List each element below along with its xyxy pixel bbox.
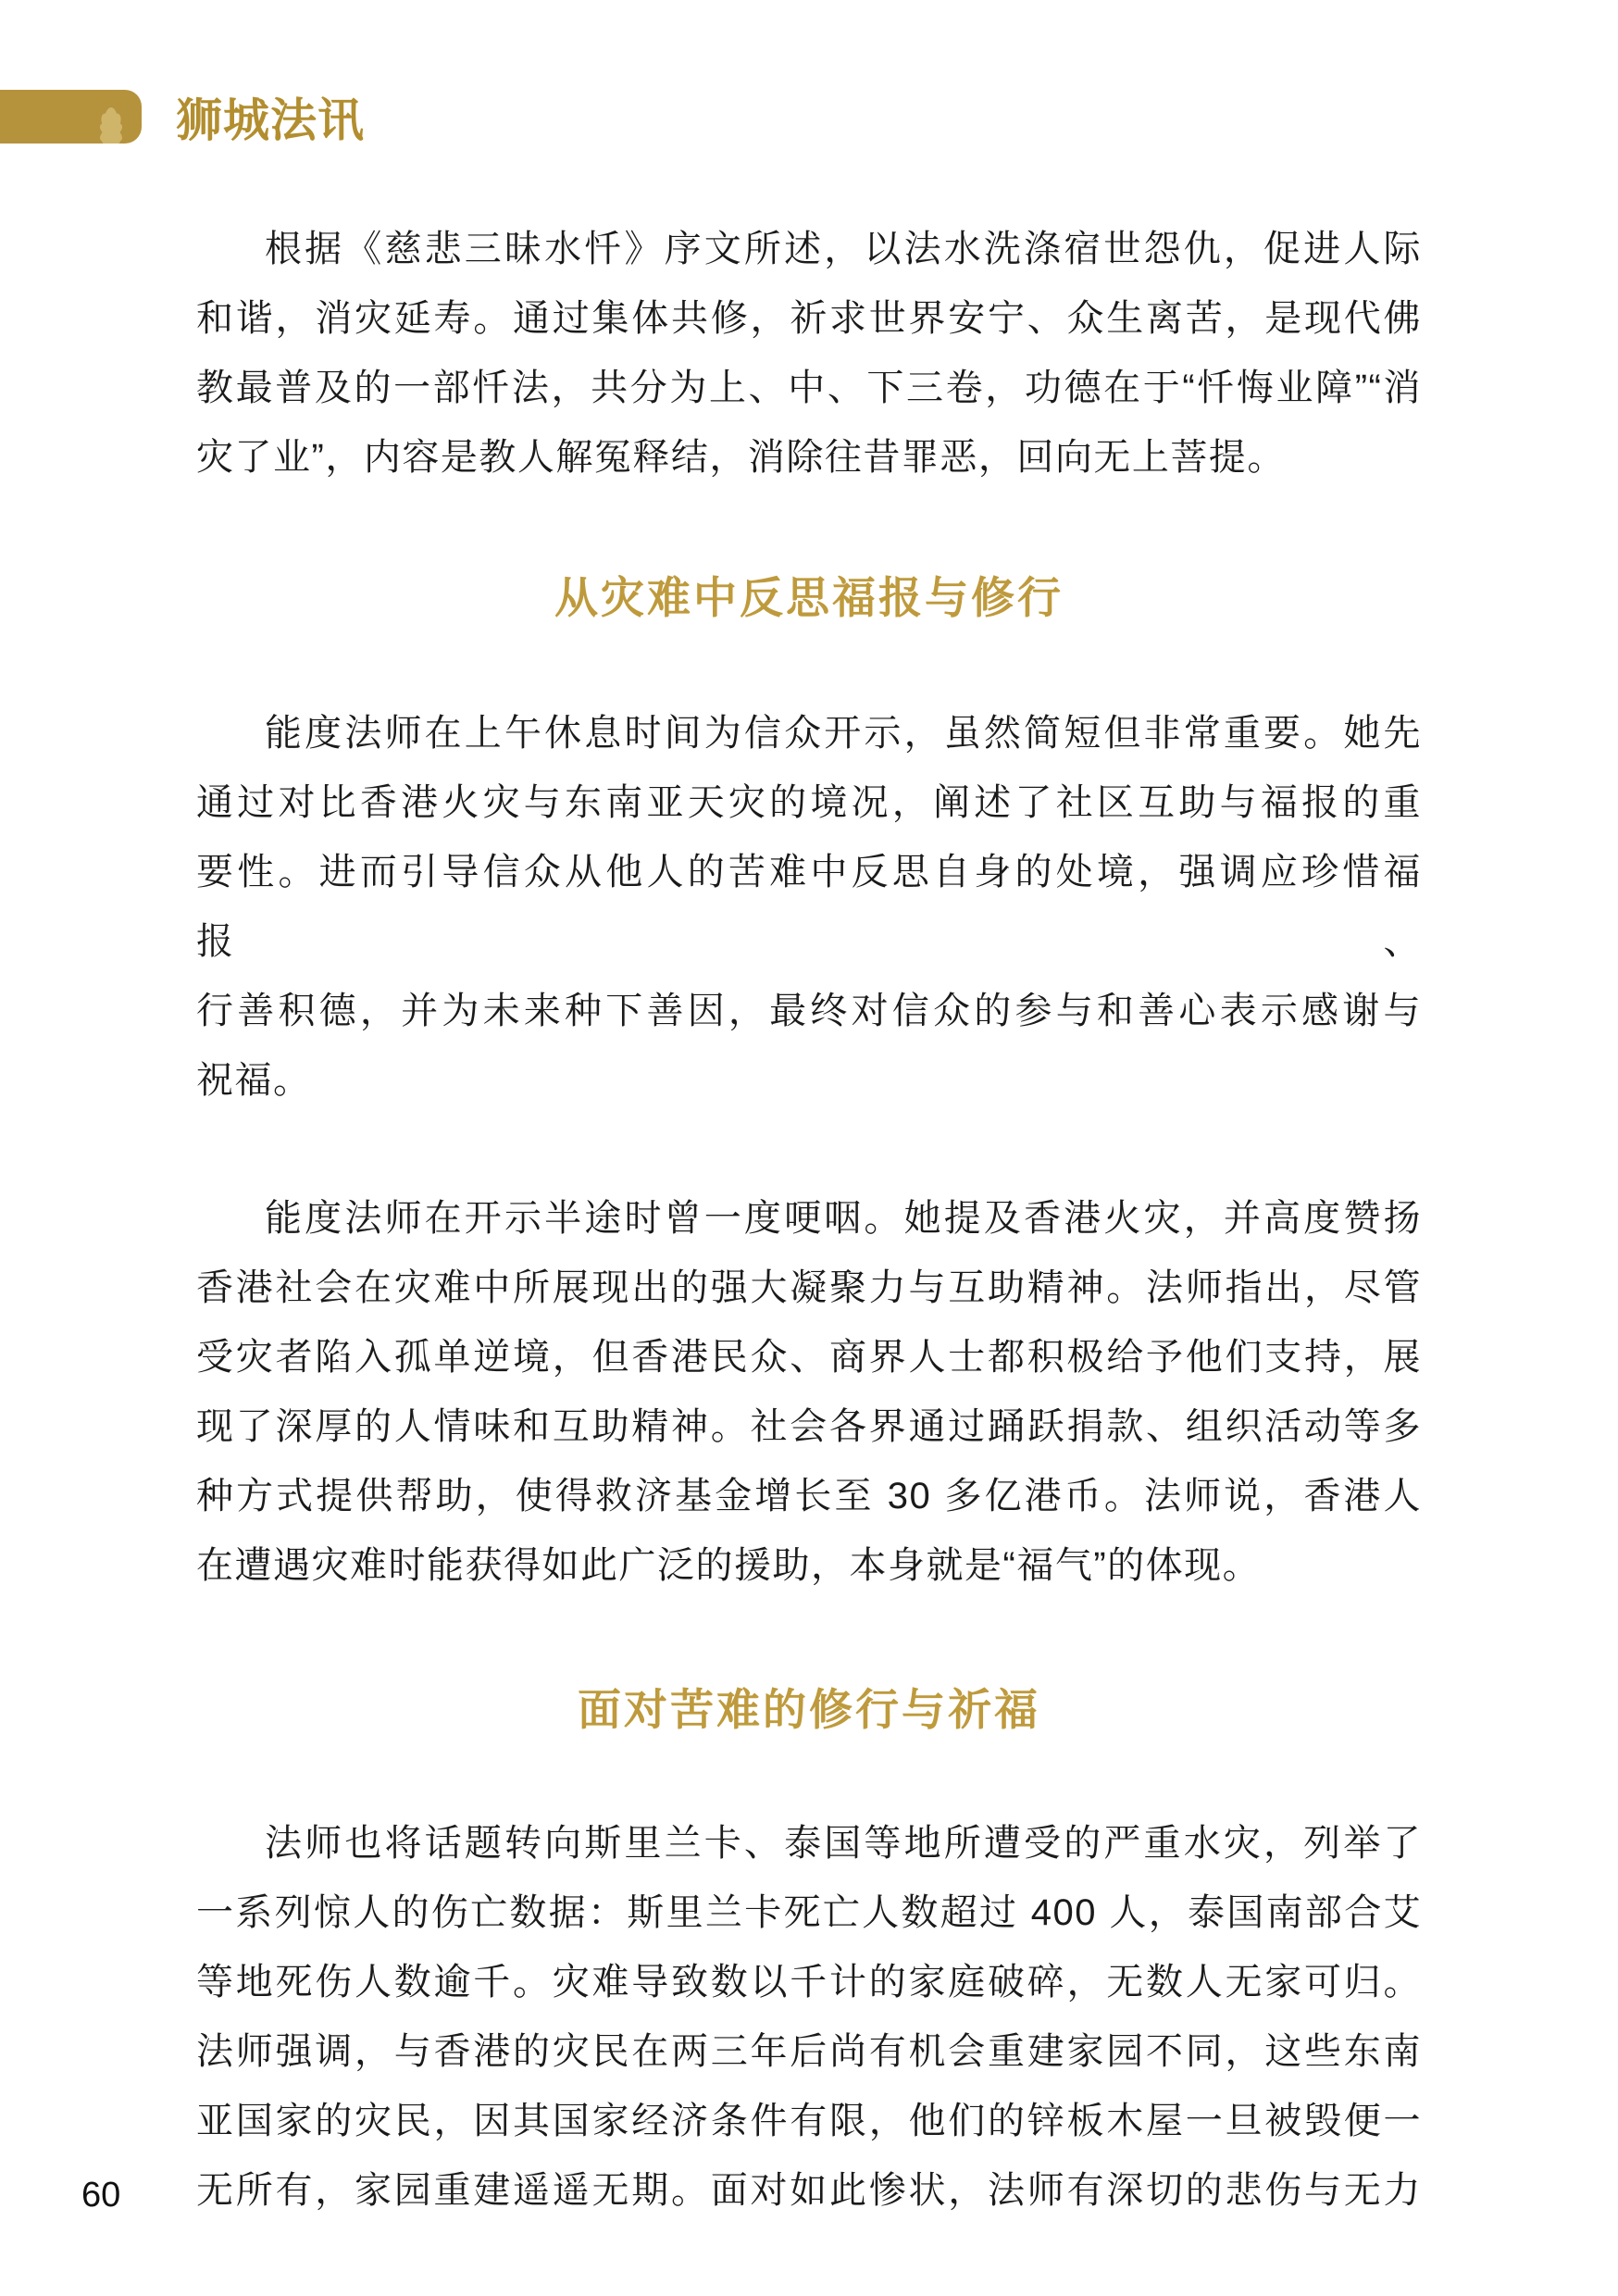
text-line: 祝福。: [196, 1046, 1422, 1116]
text-line: 现了深厚的人情味和互助精神。社会各界通过踊跃捐款、组织活动等多: [196, 1392, 1422, 1462]
section-heading: 面对苦难的修行与祈福: [196, 1675, 1422, 1744]
text-line: 教最普及的一部忏法，共分为上、中、下三卷，功德在于“忏悔业障”“消: [196, 354, 1422, 423]
text-line: 通过对比香港火灾与东南亚天灾的境况，阐述了社区互助与福报的重: [196, 768, 1422, 838]
text-line: 灾了业”，内容是教人解冤释结，消除往昔罪恶，回向无上菩提。: [196, 423, 1422, 493]
paragraph: 法师也将话题转向斯里兰卡、泰国等地所遭受的严重水灾，列举了一系列惊人的伤亡数据：…: [196, 1809, 1422, 2226]
section-heading: 从灾难中反思福报与修行: [196, 563, 1422, 632]
header-gold-bar: [0, 90, 142, 143]
paragraph: 能度法师在开示半途时曾一度哽咽。她提及香港火灾，并高度赞扬香港社会在灾难中所展现…: [196, 1184, 1422, 1601]
text-line: 亚国家的灾民，因其国家经济条件有限，他们的锌板木屋一旦被毁便一: [196, 2087, 1422, 2156]
text-line: 能度法师在开示半途时曾一度哽咽。她提及香港火灾，并高度赞扬: [196, 1184, 1422, 1254]
text-line: 行善积德，并为未来种下善因，最终对信众的参与和善心表示感谢与: [196, 977, 1422, 1046]
magazine-page: 狮城法讯 根据《慈悲三昧水忏》序文所述，以法水洗涤宿世怨仇，促进人际和谐，消灾延…: [0, 0, 1618, 2296]
text-line: 能度法师在上午休息时间为信众开示，虽然简短但非常重要。她先: [196, 699, 1422, 768]
lotus-icon: [82, 101, 140, 143]
text-line: 等地死伤人数逾千。灾难导致数以千计的家庭破碎，无数人无家可归。: [196, 1948, 1422, 2017]
text-line: 受灾者陷入孤单逆境，但香港民众、商界人士都积极给予他们支持，展: [196, 1323, 1422, 1392]
paragraph: 根据《慈悲三昧水忏》序文所述，以法水洗涤宿世怨仇，促进人际和谐，消灾延寿。通过集…: [196, 215, 1422, 493]
page-number: 60: [81, 2177, 120, 2213]
text-line: 法师也将话题转向斯里兰卡、泰国等地所遭受的严重水灾，列举了: [196, 1809, 1422, 1878]
article-body: 根据《慈悲三昧水忏》序文所述，以法水洗涤宿世怨仇，促进人际和谐，消灾延寿。通过集…: [196, 0, 1422, 2226]
text-line: 一系列惊人的伤亡数据：斯里兰卡死亡人数超过 400 人，泰国南部合艾: [196, 1878, 1422, 1948]
text-line: 无所有，家园重建遥遥无期。面对如此惨状，法师有深切的悲伤与无力: [196, 2156, 1422, 2226]
text-line: 种方式提供帮助，使得救济基金增长至 30 多亿港币。法师说，香港人: [196, 1462, 1422, 1531]
text-line: 根据《慈悲三昧水忏》序文所述，以法水洗涤宿世怨仇，促进人际: [196, 215, 1422, 284]
text-line: 香港社会在灾难中所展现出的强大凝聚力与互助精神。法师指出，尽管: [196, 1254, 1422, 1323]
text-line: 法师强调，与香港的灾民在两三年后尚有机会重建家园不同，这些东南: [196, 2017, 1422, 2087]
text-line: 和谐，消灾延寿。通过集体共修，祈求世界安宁、众生离苦，是现代佛: [196, 284, 1422, 354]
text-line: 在遭遇灾难时能获得如此广泛的援助，本身就是“福气”的体现。: [196, 1531, 1422, 1601]
paragraph: 能度法师在上午休息时间为信众开示，虽然简短但非常重要。她先通过对比香港火灾与东南…: [196, 699, 1422, 1116]
text-line: 要性。进而引导信众从他人的苦难中反思自身的处境，强调应珍惜福报、: [196, 838, 1422, 977]
